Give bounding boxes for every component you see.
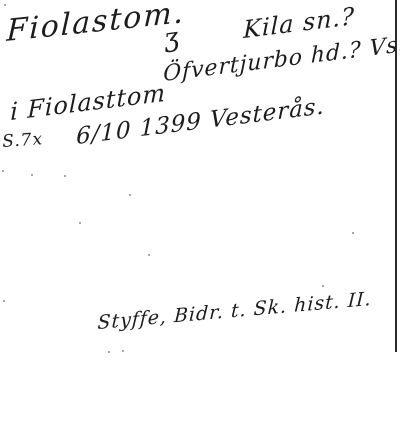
scan-speck <box>148 254 150 256</box>
scan-speck <box>129 194 131 196</box>
scan-speck <box>322 285 324 287</box>
scan-speck <box>64 175 66 177</box>
scan-speck <box>122 350 124 352</box>
scan-speck <box>31 174 33 176</box>
source-citation-text: Styffe, Bidr. t. Sk. hist. II. <box>97 288 372 334</box>
page-reference-text: S.7x <box>2 129 44 152</box>
scanned-index-card: Fiolastom. ʒ Kila sn.? Öfvertjurbo hd.? … <box>0 0 400 425</box>
scan-speck <box>79 222 81 224</box>
scan-speck <box>108 351 110 353</box>
scan-speck <box>3 300 5 302</box>
headword-text: Fiolastom. <box>6 0 186 49</box>
scan-speck <box>352 232 354 234</box>
scan-speck <box>4 4 6 6</box>
card-right-edge-shadow <box>395 0 397 352</box>
parish-text: Kila sn.? <box>243 2 355 44</box>
scan-speck <box>2 170 4 172</box>
